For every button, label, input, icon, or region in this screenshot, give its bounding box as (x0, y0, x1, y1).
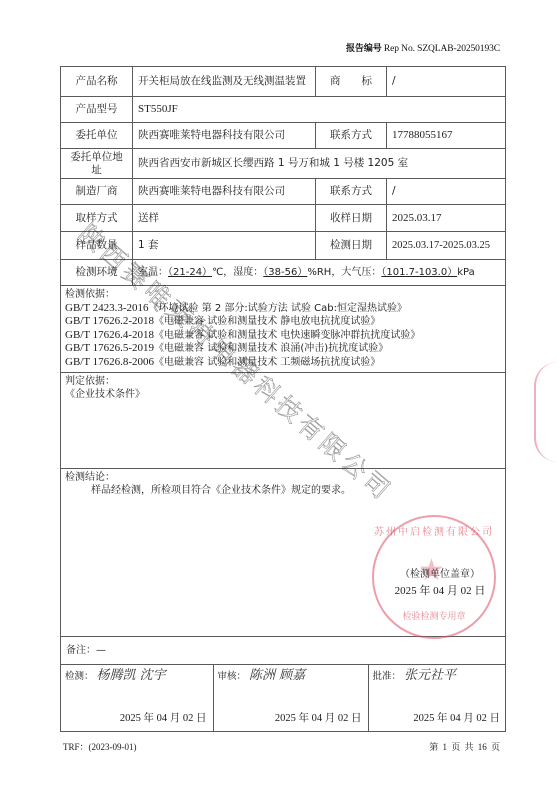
client-address-value: 陕西省西安市新城区长缨西路 1 号万和城 1 号楼 1205 室 (133, 149, 506, 179)
standard-code: GB/T 17626.4-2018 (65, 329, 154, 341)
signature-reviewer: 审核：陈洲 顾嘉 2025 年 04 月 02 日 (213, 665, 368, 731)
row-manufacturer: 制造厂商 陕西赛唯莱特电器科技有限公司 联系方式 / (61, 179, 506, 205)
manufacturer-label: 制造厂商 (61, 179, 133, 205)
sampling-label: 取样方式 (61, 205, 133, 232)
test-basis-section: 检测依据： GB/T 2423.3-2016《环境试验 第 2 部分:试验方法 … (61, 286, 506, 373)
pressure-unit: kPa (457, 267, 475, 278)
test-basis-item: GB/T 17626.4-2018《电磁兼容 试验和测量技术 电快速瞬变脉冲群抗… (65, 329, 501, 343)
report-number: 报告编号 Rep No. SZQLAB-20250193C (346, 41, 500, 54)
page-edge-seal (534, 362, 558, 462)
standard-code: GB/T 17626.5-2019 (65, 342, 154, 354)
test-basis-item: GB/T 17626.5-2019《电磁兼容 试验和测量技术 浪涌(冲击)抗扰度… (65, 342, 501, 356)
row-signatures: 检测：杨腾凯 沈宇 2025 年 04 月 02 日 审核：陈洲 顾嘉 2025… (61, 665, 506, 732)
quantity-value: 1 套 (133, 232, 316, 260)
manufacturer-contact-label: 联系方式 (316, 179, 387, 205)
signature-table: 检测：杨腾凯 沈宇 2025 年 04 月 02 日 审核：陈洲 顾嘉 2025… (61, 665, 506, 731)
receipt-date-label: 收样日期 (316, 205, 387, 232)
row-remark: 备注：— (61, 637, 506, 665)
report-number-value: Rep No. SZQLAB-20250193C (384, 44, 500, 54)
row-client-address: 委托单位地址 陕西省西安市新城区长缨西路 1 号万和城 1 号楼 1205 室 (61, 149, 506, 179)
humidity-range: （38-56） (263, 267, 307, 278)
standard-title: 《电磁兼容 试验和测量技术 电快速瞬变脉冲群抗扰度试验》 (154, 330, 420, 341)
report-info-table: 产品名称 开关柜局放在线监测及无线测温装置 商 标 / 产品型号 ST550JF… (60, 66, 506, 732)
tester-label: 检测： (65, 671, 94, 682)
client-value: 陕西赛唯莱特电器科技有限公司 (133, 123, 316, 149)
trademark-value: / (387, 67, 506, 97)
tester-signature: 杨腾凯 沈宇 (97, 668, 166, 683)
row-conclusion: 检测结论： 样品经检测，所检项目符合《企业技术条件》规定的要求。 (61, 469, 506, 637)
stamp-block: （检测单位盖章） 2025 年 04 月 02 日 (380, 566, 500, 600)
signature-tester: 检测：杨腾凯 沈宇 2025 年 04 月 02 日 (61, 665, 213, 731)
pressure-range: （101.7-103.0） (381, 267, 457, 278)
client-contact-label: 联系方式 (316, 123, 387, 149)
test-basis-list: GB/T 2423.3-2016《环境试验 第 2 部分:试验方法 试验 Cab… (65, 302, 501, 370)
conclusion-text: 样品经检测，所检项目符合《企业技术条件》规定的要求。 (65, 485, 501, 498)
test-basis-title: 检测依据： (65, 289, 501, 302)
signature-approver: 批准：张元社平 2025 年 04 月 02 日 (368, 665, 506, 731)
temperature-range: （21-24） (168, 267, 212, 278)
environment-label: 检测环境 (61, 260, 133, 286)
test-date-label: 检测日期 (316, 232, 387, 260)
footer-trf: TRF：(2023-09-01) (63, 740, 137, 753)
product-name-label: 产品名称 (61, 67, 133, 97)
report-number-label: 报告编号 (346, 44, 382, 54)
temp-unit: ℃，湿度： (212, 267, 263, 278)
tester-date: 2025 年 04 月 02 日 (120, 712, 207, 725)
reviewer-label: 审核： (218, 671, 247, 682)
standard-title: 《电磁兼容 试验和测量技术 静电放电抗扰度试验》 (154, 316, 380, 327)
conclusion-title: 检测结论： (65, 472, 501, 485)
client-contact-value: 17788055167 (387, 123, 506, 149)
temp-prefix: 室温： (138, 267, 168, 278)
environment-value: 室温：（21-24）℃，湿度：（38-56）%RH，大气压：（101.7-103… (133, 260, 506, 286)
row-sampling: 取样方式 送样 收样日期 2025.03.17 (61, 205, 506, 232)
row-test-basis: 检测依据： GB/T 2423.3-2016《环境试验 第 2 部分:试验方法 … (61, 286, 506, 373)
row-judgement: 判定依据： 《企业技术条件》 (61, 373, 506, 469)
test-basis-item: GB/T 17626.2-2018《电磁兼容 试验和测量技术 静电放电抗扰度试验… (65, 315, 501, 329)
footer-page-number: 第 1 页 共 16 页 (429, 740, 500, 753)
remark-value: — (96, 645, 106, 656)
approver-label: 批准： (373, 671, 402, 682)
receipt-date-value: 2025.03.17 (387, 205, 506, 232)
approver-date: 2025 年 04 月 02 日 (413, 712, 500, 725)
approver-signature: 张元社平 (404, 668, 456, 683)
reviewer-signature: 陈洲 顾嘉 (249, 668, 305, 683)
humidity-unit: %RH，大气压： (307, 267, 381, 278)
model-label: 产品型号 (61, 97, 133, 123)
row-client: 委托单位 陕西赛唯莱特电器科技有限公司 联系方式 17788055167 (61, 123, 506, 149)
conclusion-section: 检测结论： 样品经检测，所检项目符合《企业技术条件》规定的要求。 (61, 469, 506, 637)
judgement-text: 《企业技术条件》 (65, 389, 501, 402)
standard-title: 《环境试验 第 2 部分:试验方法 试验 Cab:恒定湿热试验》 (149, 303, 407, 314)
remark-label: 备注： (66, 645, 96, 656)
quantity-label: 样品数量 (61, 232, 133, 260)
remark-section: 备注：— (61, 637, 506, 665)
client-address-label: 委托单位地址 (61, 149, 133, 179)
stamp-label: （检测单位盖章） (380, 566, 500, 583)
standard-title: 《电磁兼容 试验和测量技术 浪涌(冲击)抗扰度试验》 (154, 343, 388, 354)
client-label: 委托单位 (61, 123, 133, 149)
stamp-date: 2025 年 04 月 02 日 (380, 583, 500, 600)
reviewer-date: 2025 年 04 月 02 日 (275, 712, 362, 725)
judgement-title: 判定依据： (65, 376, 501, 389)
standard-code: GB/T 2423.3-2016 (65, 302, 149, 314)
model-value: ST550JF (133, 97, 506, 123)
judgement-section: 判定依据： 《企业技术条件》 (61, 373, 506, 469)
test-basis-item: GB/T 2423.3-2016《环境试验 第 2 部分:试验方法 试验 Cab… (65, 302, 501, 316)
row-environment: 检测环境 室温：（21-24）℃，湿度：（38-56）%RH，大气压：（101.… (61, 260, 506, 286)
trademark-label: 商 标 (316, 67, 387, 97)
manufacturer-contact-value: / (387, 179, 506, 205)
sampling-value: 送样 (133, 205, 316, 232)
standard-title: 《电磁兼容 试验和测量技术 工频磁场抗扰度试验》 (154, 357, 380, 368)
row-model: 产品型号 ST550JF (61, 97, 506, 123)
manufacturer-value: 陕西赛唯莱特电器科技有限公司 (133, 179, 316, 205)
row-product-name: 产品名称 开关柜局放在线监测及无线测温装置 商 标 / (61, 67, 506, 97)
product-name-value: 开关柜局放在线监测及无线测温装置 (133, 67, 316, 97)
test-basis-item: GB/T 17626.8-2006《电磁兼容 试验和测量技术 工频磁场抗扰度试验… (65, 356, 501, 370)
test-date-value: 2025.03.17-2025.03.25 (387, 232, 506, 260)
row-quantity: 样品数量 1 套 检测日期 2025.03.17-2025.03.25 (61, 232, 506, 260)
standard-code: GB/T 17626.8-2006 (65, 356, 154, 368)
standard-code: GB/T 17626.2-2018 (65, 315, 154, 327)
